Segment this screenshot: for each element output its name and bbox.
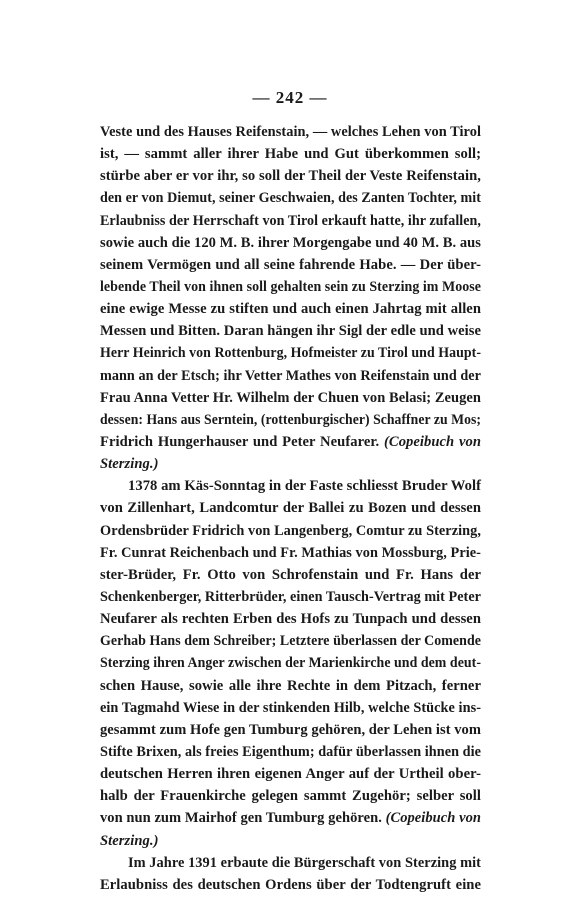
- text-line: halb der Frauenkirche gelegen sammt Zuge…: [100, 785, 481, 807]
- text-line: ster-Brüder, Fr. Otto von Schrofenstain …: [100, 564, 481, 586]
- text-line: Fr. Cunrat Reichenbach und Fr. Mathias v…: [100, 542, 481, 564]
- text-line: deutschen Herren ihren eigenen Anger auf…: [100, 763, 481, 785]
- text-line: mann an der Etsch; ihr Vetter Mathes von…: [100, 365, 481, 387]
- citation: Sterzing.): [100, 456, 158, 472]
- text-line: Messen und Bitten. Daran hängen ihr Sigl…: [100, 320, 481, 342]
- text-line: Stifte Brixen, als freies Eigenthum; daf…: [100, 741, 481, 763]
- text-line: schen Hause, sowie alle ihre Rechte in d…: [100, 675, 481, 697]
- text-line: dessen: Hans aus Serntein, (rottenburgis…: [100, 409, 481, 431]
- text-line: 1378 am Käs-Sonntag in der Faste schlies…: [100, 475, 481, 497]
- text-line: eine ewige Messe zu stiften und auch ein…: [100, 298, 481, 320]
- text-line: Sterzing.): [100, 830, 481, 852]
- text-line: gesammt zum Hofe gen Tumburg gehören, de…: [100, 719, 481, 741]
- citation: (Copeibuch von: [384, 434, 481, 450]
- text-line: Neufarer als rechten Erben des Hofs zu T…: [100, 608, 481, 630]
- text-line: Im Jahre 1391 erbaute die Bürgerschaft v…: [100, 852, 481, 874]
- text-line: ein Tagmahd Wiese in der stinkenden Hilb…: [100, 697, 481, 719]
- text-line: stürbe aber er vor ihr, so soll der Thei…: [100, 165, 481, 187]
- text-line: Sterzing.): [100, 453, 481, 475]
- text-line: Erlaubniss des deutschen Ordens über der…: [100, 874, 481, 896]
- text-line: lebende Theil von ihnen soll gehalten se…: [100, 276, 481, 298]
- text-line: ist, — sammt aller ihrer Habe und Gut üb…: [100, 143, 481, 165]
- text-line: Herr Heinrich von Rottenburg, Hofmeister…: [100, 342, 481, 364]
- text-line: von Zillenhart, Landcomtur der Ballei zu…: [100, 497, 481, 519]
- text-line: Veste und des Hauses Reifenstain, — welc…: [100, 121, 481, 143]
- text-line: Ordensbrüder Fridrich von Langenberg, Co…: [100, 520, 481, 542]
- body-text: Veste und des Hauses Reifenstain, — welc…: [100, 121, 481, 896]
- text-line: sowie auch die 120 M. B. ihrer Morgengab…: [100, 232, 481, 254]
- text-line: Erlaubniss der Herrschaft von Tirol erka…: [100, 210, 481, 232]
- text-line: Gerhab Hans dem Schreiber; Letztere über…: [100, 630, 481, 652]
- text-line: Frau Anna Vetter Hr. Wilhelm der Chuen v…: [100, 387, 481, 409]
- text-line: Fridrich Hungerhauser und Peter Neufarer…: [100, 431, 481, 453]
- page-number: — 242 —: [0, 88, 580, 108]
- text-line: den er von Diemut, seiner Geschwaien, de…: [100, 187, 481, 209]
- citation: Sterzing.): [100, 833, 158, 849]
- text-line: seinem Vermögen und all seine fahrende H…: [100, 254, 481, 276]
- text-line: Schenkenberger, Ritterbrüder, einen Taus…: [100, 586, 481, 608]
- text-line: von nun zum Mairhof gen Tumburg gehören.…: [100, 807, 481, 829]
- citation: (Copeibuch von: [386, 810, 481, 826]
- text-line: Sterzing ihren Anger zwischen der Marien…: [100, 652, 481, 674]
